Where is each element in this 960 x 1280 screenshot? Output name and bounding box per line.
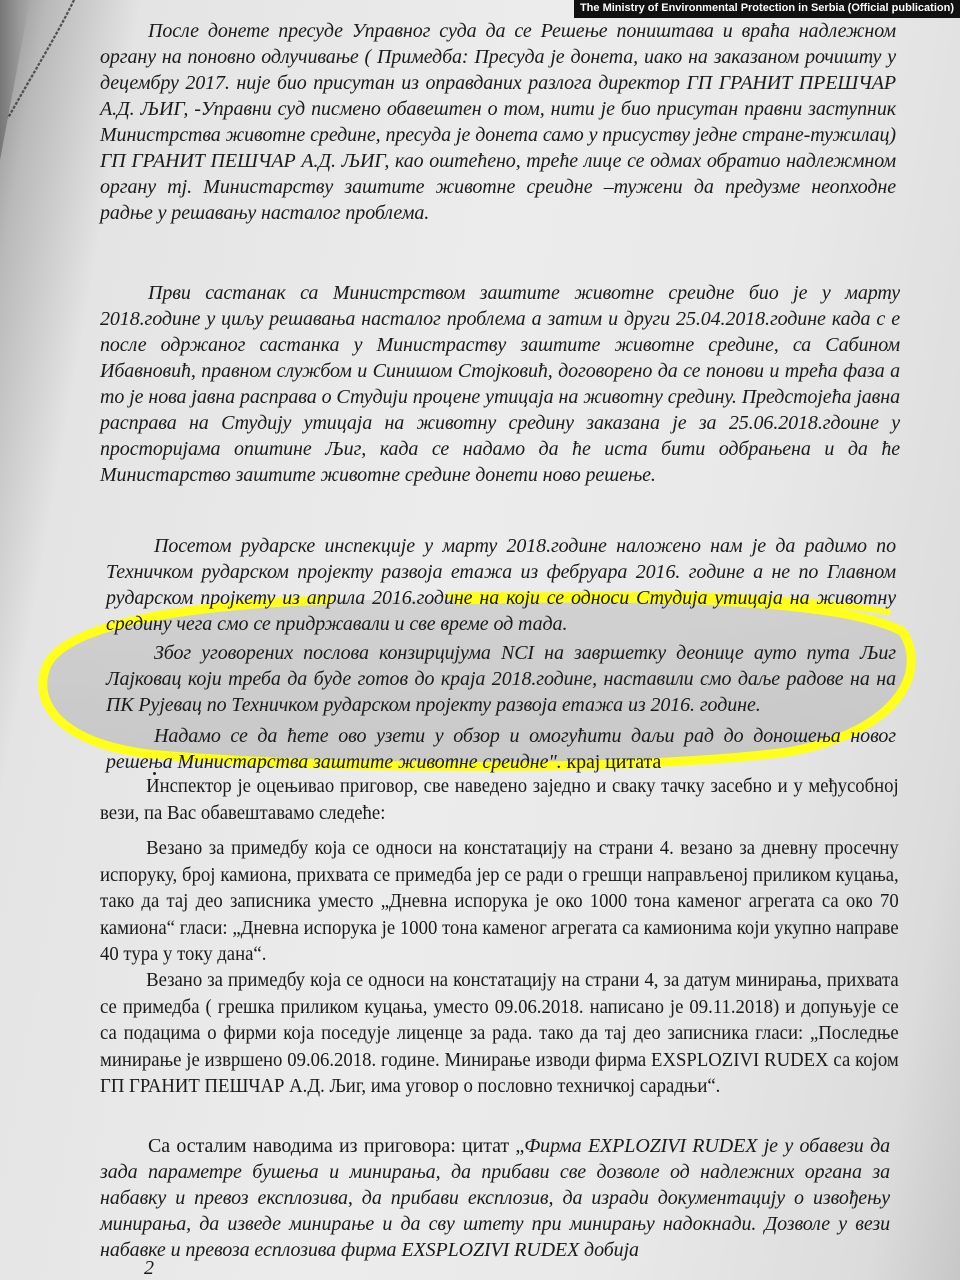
paragraph-mining-inspection: Посетом рударске инспекције у марту 2018… — [106, 533, 896, 637]
end-of-quote-label: крај цитата — [562, 751, 662, 773]
paragraph-court-ruling: После донете пресуде Управног суда да се… — [100, 18, 896, 226]
paragraph-first-meeting: Први састанак са Министрством заштите жи… — [100, 280, 900, 488]
paragraph-blasting-date: Везано за примедбу која се односи на кон… — [100, 968, 899, 1101]
paragraph-inspector-review: Инспектор је оцењивао приговор, све наве… — [100, 774, 899, 827]
paragraph-highlighted-nci: Због уговорених послова конзирцијума NCI… — [106, 640, 896, 718]
quote-end: Надамо се да ћете ово узети у обзор и ом… — [106, 725, 896, 773]
page-number: 2 — [144, 1257, 154, 1280]
paragraph-daily-delivery: Везано за примедбу која се односи на кон… — [100, 836, 899, 969]
page-edge-shadow — [0, 0, 30, 160]
speck — [153, 772, 156, 775]
paragraph-highlighted-hope: Надамо се да ћете ово узети у обзор и ом… — [106, 723, 896, 775]
other-claims-lead: Са осталим наводима из приговора: цитат … — [148, 1135, 524, 1157]
paragraph-other-claims: Са осталим наводима из приговора: цитат … — [100, 1133, 890, 1263]
caption-banner: The Ministry of Environmental Protection… — [574, 0, 960, 18]
